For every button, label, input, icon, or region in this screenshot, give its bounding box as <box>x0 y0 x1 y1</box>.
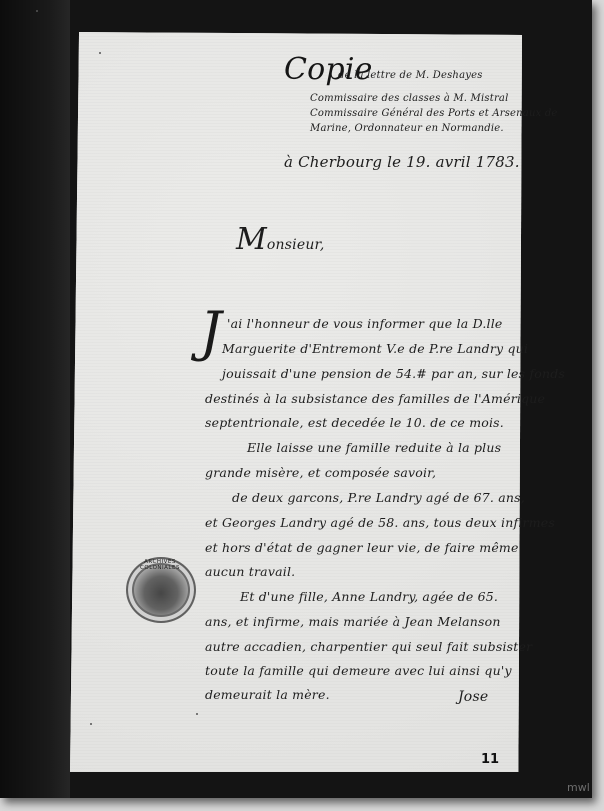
body-line: jouissait d'une pension de 54.# par an, … <box>222 366 565 381</box>
body-line: Et d'une fille, Anne Landry, agée de 65. <box>240 589 498 604</box>
body-line: de deux garcons, P.re Landry agé de 67. … <box>232 490 525 505</box>
body-line: et hors d'état de gagner leur vie, de fa… <box>205 540 519 555</box>
header-line-2: Commissaire des classes à M. Mistral <box>310 93 508 104</box>
page-speck <box>99 52 101 54</box>
film-speck <box>36 10 38 12</box>
body-line: Elle laisse une famille reduite à la plu… <box>247 440 501 455</box>
film-edge <box>0 0 70 798</box>
header-line-1: de la lettre de M. Deshayes <box>338 70 483 81</box>
archive-seal-text: ARCHIVES COLONIALES <box>138 559 182 571</box>
body-line: ans, et infirme, mais mariée à Jean Mela… <box>205 614 501 629</box>
folio-number: 11 <box>481 752 499 767</box>
body-line: septentrionale, est decedée le 10. de ce… <box>205 415 504 430</box>
salutation-rest: onsieur, <box>267 237 325 253</box>
body-line: aucun travail. <box>205 564 295 579</box>
body-line: destinés à la subsistance des familles d… <box>205 391 545 406</box>
body-line: demeurait la mère. <box>205 687 330 702</box>
salutation: Monsieur, <box>236 222 325 257</box>
body-line: Marguerite d'Entremont V.e de P.re Landr… <box>222 341 528 356</box>
page-speck <box>196 713 198 715</box>
place-date: à Cherbourg le 19. avril 1783. <box>284 153 520 171</box>
body-line: toute la famille qui demeure avec lui ai… <box>205 663 512 678</box>
watermark: mwl <box>567 781 590 794</box>
body-drop-cap: J <box>200 300 222 363</box>
header-line-3: Commissaire Général des Ports et Arsenau… <box>310 108 558 119</box>
page-speck <box>90 723 92 725</box>
body-line: grande misère, et composée savoir, <box>205 465 436 480</box>
body-line: 'ai l'honneur de vous informer que la D.… <box>227 316 503 331</box>
salutation-initial: M <box>236 222 267 257</box>
body-line: et Georges Landry agé de 58. ans, tous d… <box>205 515 555 530</box>
catchword: Jose <box>458 689 488 705</box>
header-line-4: Marine, Ordonnateur en Normandie. <box>310 123 504 134</box>
body-line: autre accadien, charpentier qui seul fai… <box>205 639 532 654</box>
